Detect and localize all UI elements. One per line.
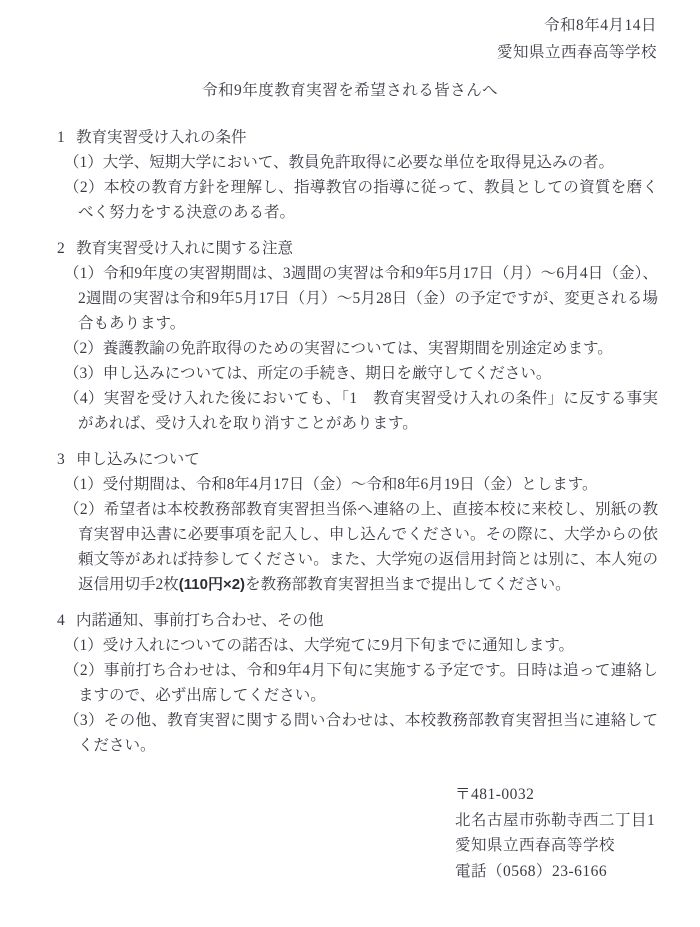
- section-heading: 3申し込みについて: [57, 447, 658, 472]
- section-title: 教育実習受け入れの条件: [76, 129, 247, 146]
- item-marker: （1）: [64, 637, 103, 654]
- item-text: 令和9年度の実習期間は、3週間の実習は令和9年5月17日（月）～6月4日（金）、…: [78, 265, 658, 332]
- document-body: 1教育実習受け入れの条件 （1）大学、短期大学において、教員免許取得に必要な単位…: [57, 125, 658, 758]
- section-heading: 2教育実習受け入れに関する注意: [57, 236, 658, 261]
- address: 北名古屋市弥勒寺西二丁目1: [455, 808, 700, 834]
- document-title: 令和9年度教育実習を希望される皆さんへ: [0, 78, 700, 103]
- section-notes: 2教育実習受け入れに関する注意 （1）令和9年度の実習期間は、3週間の実習は令和…: [57, 236, 658, 436]
- section-number: 3: [57, 447, 66, 472]
- list-item: （1）受付期間は、令和8年4月17日（金）～令和8年6月19日（金）とします。: [57, 472, 658, 497]
- item-text: 本校の教育方針を理解し、指導教官の指導に従って、教員としての資質を磨くべく努力を…: [78, 179, 658, 221]
- item-marker: （2）: [64, 662, 104, 679]
- list-item: （1）令和9年度の実習期間は、3週間の実習は令和9年5月17日（月）～6月4日（…: [57, 261, 658, 336]
- list-item: （1）受け入れについての諾否は、大学宛てに9月下旬までに通知します。: [57, 633, 658, 658]
- item-text: 事前打ち合わせは、令和9年4月下旬に実施する予定です。日時は追って連絡しますので…: [78, 662, 658, 704]
- item-marker: （1）: [64, 265, 103, 282]
- list-item: （3）申し込みについては、所定の手続き、期日を厳守してください。: [57, 361, 658, 386]
- postal-code: 〒481-0032: [455, 782, 700, 808]
- stamp-fee-bold-text: (110円×2): [179, 576, 245, 593]
- section-heading: 4内諾通知、事前打ち合わせ、その他: [57, 608, 658, 633]
- item-marker: （3）: [64, 712, 104, 729]
- section-heading: 1教育実習受け入れの条件: [57, 125, 658, 150]
- section-number: 1: [57, 125, 66, 150]
- list-item: （3）その他、教育実習に関する問い合わせは、本校教務部教育実習担当に連絡してくだ…: [57, 708, 658, 758]
- section-application: 3申し込みについて （1）受付期間は、令和8年4月17日（金）～令和8年6月19…: [57, 447, 658, 597]
- section-number: 4: [57, 608, 66, 633]
- list-item: （2）事前打ち合わせは、令和9年4月下旬に実施する予定です。日時は追って連絡しま…: [57, 658, 658, 708]
- item-text: 受け入れについての諾否は、大学宛てに9月下旬までに通知します。: [103, 637, 574, 654]
- item-text: 大学、短期大学において、教員免許取得に必要な単位を取得見込みの者。: [103, 154, 614, 171]
- item-marker: （4）: [64, 390, 104, 407]
- section-notification: 4内諾通知、事前打ち合わせ、その他 （1）受け入れについての諾否は、大学宛てに9…: [57, 608, 658, 758]
- section-title: 内諾通知、事前打ち合わせ、その他: [76, 612, 324, 629]
- item-marker: （2）: [64, 179, 104, 196]
- item-text: 養護教諭の免許取得のための実習については、実習期間を別途定めます。: [103, 340, 613, 357]
- item-text-tail: を教務部教育実習担当まで提出してください。: [245, 576, 571, 593]
- item-text: 実習を受け入れた後においても、「1 教育実習受け入れの条件」に反する事実があれば…: [78, 390, 658, 432]
- list-item: （2）養護教諭の免許取得のための実習については、実習期間を別途定めます。: [57, 336, 658, 361]
- item-marker: （2）: [64, 340, 103, 357]
- list-item: （2）希望者は本校教務部教育実習担当係へ連絡の上、直接本校に来校し、別紙の教育実…: [57, 497, 658, 597]
- document-header: 令和8年4月14日 愛知県立西春高等学校: [0, 0, 700, 66]
- item-text: 受付期間は、令和8年4月17日（金）～令和8年6月19日（金）とします。: [103, 476, 598, 493]
- list-item: （1）大学、短期大学において、教員免許取得に必要な単位を取得見込みの者。: [57, 150, 658, 175]
- item-marker: （1）: [64, 154, 103, 171]
- school-name: 愛知県立西春高等学校: [455, 833, 700, 859]
- list-item: （4）実習を受け入れた後においても、「1 教育実習受け入れの条件」に反する事実が…: [57, 386, 658, 436]
- section-title: 教育実習受け入れに関する注意: [76, 240, 293, 257]
- list-item: （2）本校の教育方針を理解し、指導教官の指導に従って、教員としての資質を磨くべく…: [57, 175, 658, 225]
- section-number: 2: [57, 236, 66, 261]
- document-page: 令和8年4月14日 愛知県立西春高等学校 令和9年度教育実習を希望される皆さんへ…: [0, 0, 700, 927]
- section-conditions: 1教育実習受け入れの条件 （1）大学、短期大学において、教員免許取得に必要な単位…: [57, 125, 658, 225]
- item-marker: （3）: [64, 365, 103, 382]
- item-text: その他、教育実習に関する問い合わせは、本校教務部教育実習担当に連絡してください。: [78, 712, 658, 754]
- item-marker: （1）: [64, 476, 103, 493]
- phone-number: 電話（0568）23-6166: [455, 859, 700, 885]
- item-text: 申し込みについては、所定の手続き、期日を厳守してください。: [103, 365, 552, 382]
- document-date: 令和8年4月14日: [0, 12, 657, 39]
- contact-block: 〒481-0032 北名古屋市弥勒寺西二丁目1 愛知県立西春高等学校 電話（05…: [455, 782, 700, 884]
- item-marker: （2）: [64, 501, 104, 518]
- sender-school: 愛知県立西春高等学校: [0, 39, 657, 66]
- section-title: 申し込みについて: [76, 451, 200, 468]
